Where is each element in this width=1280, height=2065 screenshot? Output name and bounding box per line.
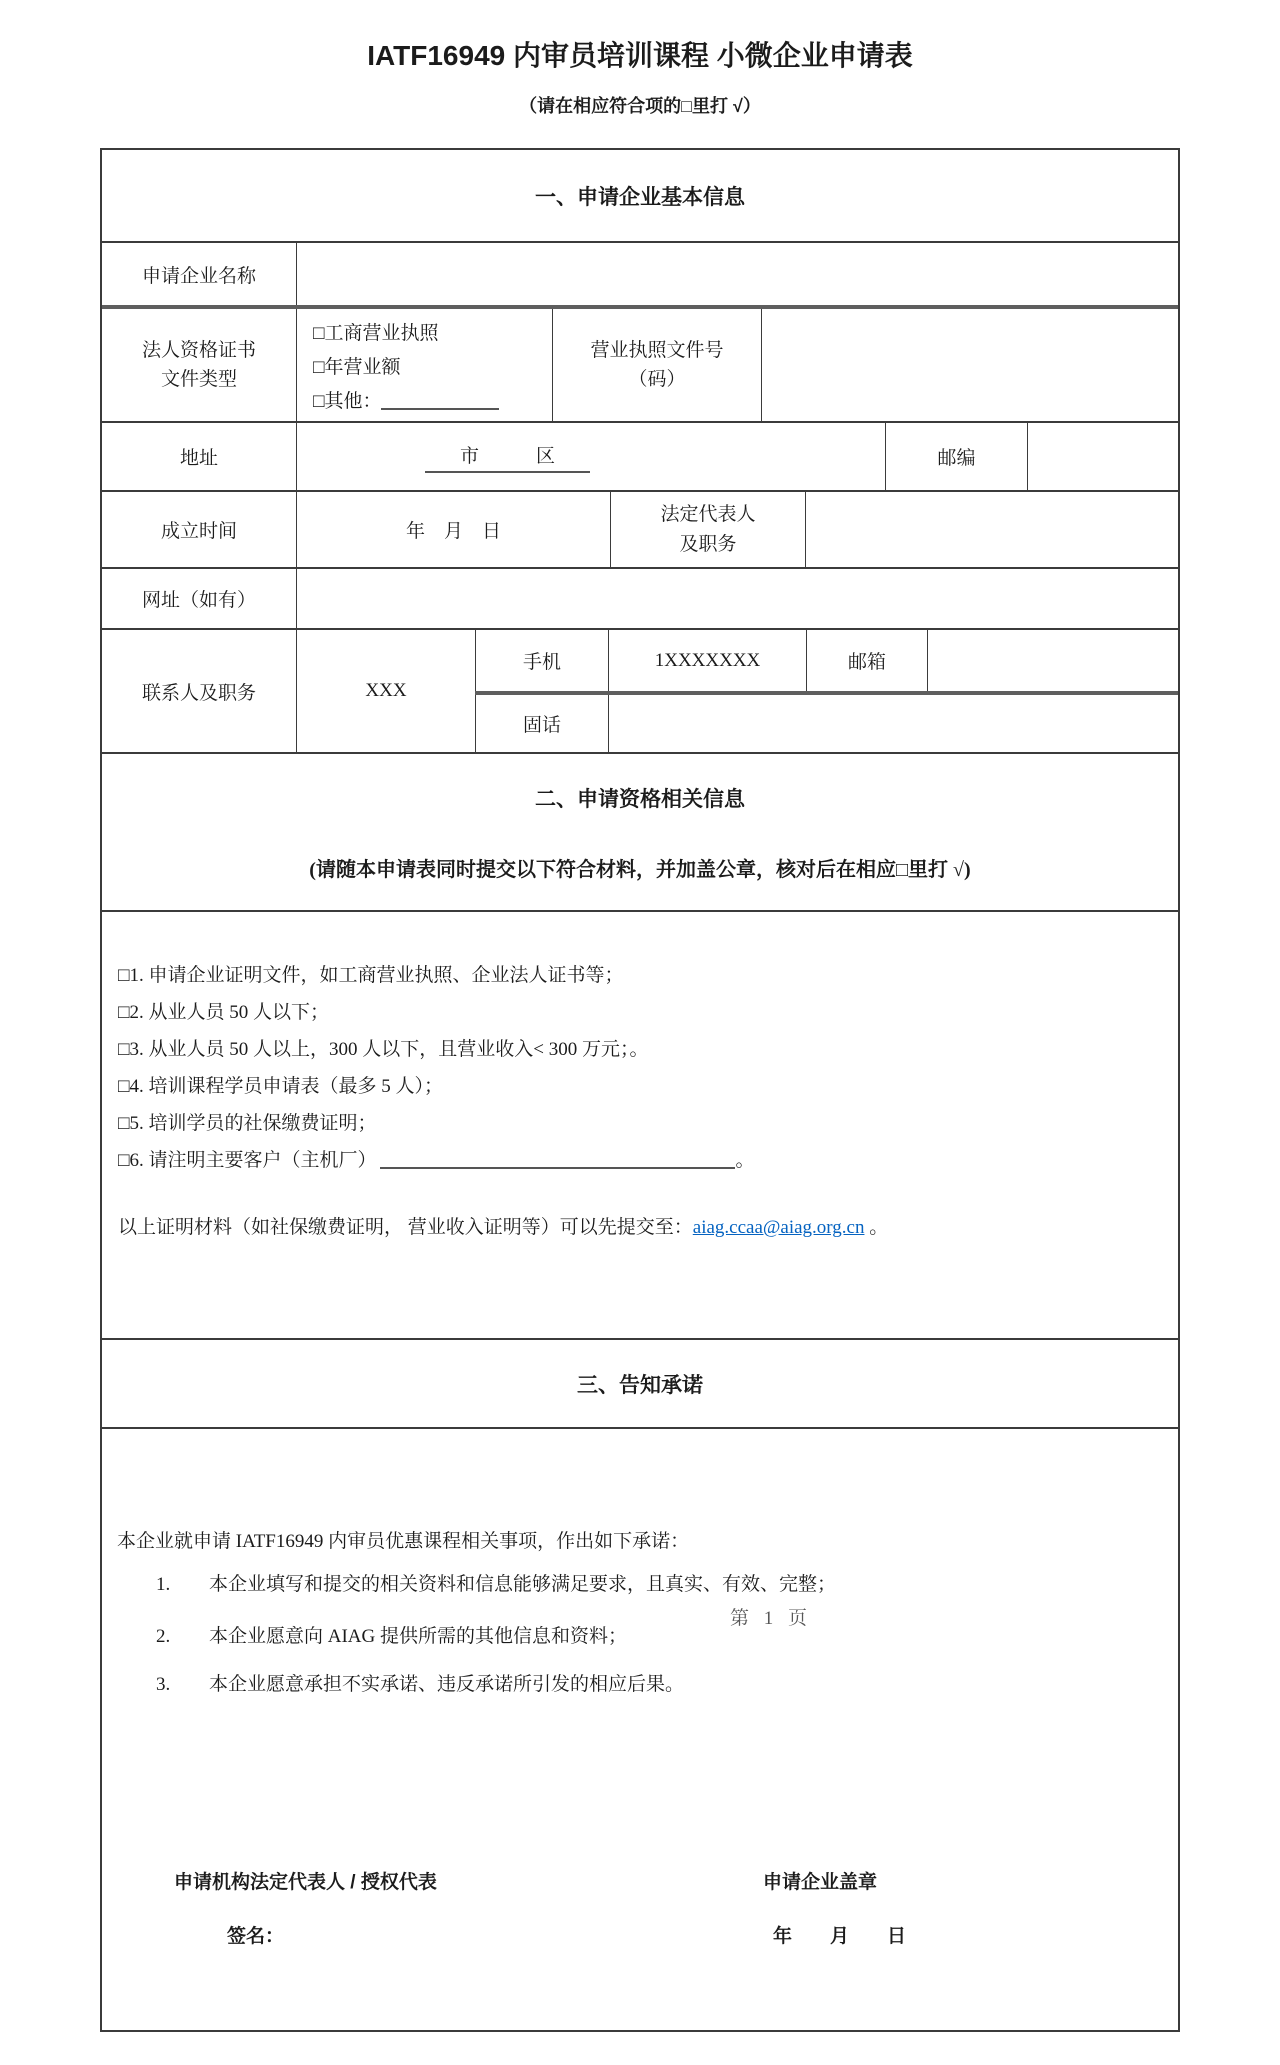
form-title: IATF16949 内审员培训课程 小微企业申请表 xyxy=(0,34,1280,74)
commitment-intro: 本企业就申请 IATF16949 内审员优惠课程相关事项，作出如下承诺： xyxy=(117,1526,689,1553)
legal-cert-row: 法人资格证书 文件类型 □工商营业执照 □年营业额 □其他： 营业执照文件号 （… xyxy=(102,309,1178,423)
company-seal-title: 申请企业盖章 xyxy=(763,1867,877,1894)
license-number-value-cell xyxy=(761,309,1178,421)
address-row: 地址 市 区 邮编 xyxy=(102,423,1178,492)
section1-header-row: 一、申请企业基本信息 xyxy=(102,150,1178,243)
form-table: 一、申请企业基本信息 申请企业名称 法人资格证书 文件类型 □工商营业执照 □年… xyxy=(100,148,1180,2032)
mailbox-value-cell xyxy=(927,630,1178,691)
mobile-label: 手机 xyxy=(475,630,608,691)
legal-cert-label: 法人资格证书 文件类型 xyxy=(102,309,296,421)
address-label: 地址 xyxy=(102,423,296,490)
seal-date-label: 年 月 日 xyxy=(773,1921,906,1948)
mailbox-label: 邮箱 xyxy=(806,630,927,691)
section2-header-row: 二、申请资格相关信息 (请随本申请表同时提交以下符合材料，并加盖公章，核对后在相… xyxy=(102,754,1178,912)
section2-heading-block: 二、申请资格相关信息 (请随本申请表同时提交以下符合材料，并加盖公章，核对后在相… xyxy=(102,754,1178,910)
cert-type-options: □工商营业执照 □年营业额 □其他： xyxy=(296,309,552,421)
postcode-label: 邮编 xyxy=(885,423,1027,490)
section3-header-row: 三、告知承诺 xyxy=(102,1340,1178,1429)
other-blank-line xyxy=(381,388,499,410)
section1-heading: 一、申请企业基本信息 xyxy=(102,150,1178,241)
address-city-district-blank: 市 区 xyxy=(425,441,590,473)
landline-value-cell xyxy=(608,695,1178,752)
address-value-cell: 市 区 xyxy=(296,423,885,490)
company-name-row: 申请企业名称 xyxy=(102,243,1178,309)
commitment-item-3: 3.本企业愿意承担不实承诺、违反承诺所引发的相应后果。 xyxy=(156,1669,684,1696)
email-link[interactable]: aiag.ccaa@aiag.org.cn xyxy=(693,1217,865,1238)
checklist-item-5: □5. 培训学员的社保缴费证明； xyxy=(118,1108,376,1135)
founding-date-label: 成立时间 xyxy=(102,492,296,567)
founding-date-row: 成立时间 年 月 日 法定代表人 及职务 xyxy=(102,492,1178,569)
mobile-value: 1XXXXXXX xyxy=(608,630,806,691)
submit-note: 以上证明材料（如社保缴费证明， 营业收入证明等）可以先提交至：aiag.ccaa… xyxy=(118,1212,888,1239)
website-label: 网址（如有） xyxy=(102,569,296,628)
contact-value: XXX xyxy=(296,630,475,752)
section3-heading: 三、告知承诺 xyxy=(102,1340,1178,1427)
cert-option-business-license: □工商营业执照 xyxy=(313,318,438,345)
legal-cert-label-line1: 法人资格证书 xyxy=(142,336,256,365)
section2-heading: 二、申请资格相关信息 xyxy=(535,783,745,813)
founding-date-value: 年 月 日 xyxy=(296,492,610,567)
legal-rep-label-line1: 法定代表人 xyxy=(660,500,755,529)
legal-rep-value-cell xyxy=(805,492,1178,567)
license-number-label-line1: 营业执照文件号 xyxy=(590,336,723,365)
checklist-item-3: □3. 从业人员 50 人以上，300 人以下，且营业收入< 300 万元；。 xyxy=(118,1034,648,1061)
commitment-item-2: 2.本企业愿意向 AIAG 提供所需的其他信息和资料； xyxy=(156,1621,627,1648)
main-customer-blank-line xyxy=(380,1147,735,1169)
submit-note-text: 以上证明材料（如社保缴费证明， 营业收入证明等）可以先提交至： xyxy=(118,1217,693,1238)
checklist-item-4: □4. 培训课程学员申请表（最多 5 人）； xyxy=(118,1071,443,1098)
commitment-row: 本企业就申请 IATF16949 内审员优惠课程相关事项，作出如下承诺： 1.本… xyxy=(102,1429,1178,2030)
signature-label: 签名： xyxy=(227,1921,284,1948)
contact-row: 联系人及职务 XXX 手机 1XXXXXXX 邮箱 固话 xyxy=(102,630,1178,754)
company-name-label: 申请企业名称 xyxy=(102,243,296,305)
postcode-value-cell xyxy=(1027,423,1178,490)
legal-cert-label-line2: 文件类型 xyxy=(161,365,237,394)
checklist-item-1: □1. 申请企业证明文件，如工商营业执照、企业法人证书等； xyxy=(118,960,623,987)
form-subtitle: （请在相应符合项的□里打 √） xyxy=(0,92,1280,118)
commitment-item-1: 1.本企业填写和提交的相关资料和信息能够满足要求，且真实、有效、完整； xyxy=(156,1569,836,1596)
license-number-label: 营业执照文件号 （码） xyxy=(552,309,761,421)
legal-rep-label-line2: 及职务 xyxy=(679,530,736,559)
signature-left-title: 申请机构法定代表人 / 授权代表 xyxy=(174,1867,437,1894)
page-number-artifact: 第 1 页 xyxy=(730,1603,812,1630)
landline-label: 固话 xyxy=(475,695,608,752)
section2-subheading: (请随本申请表同时提交以下符合材料，并加盖公章，核对后在相应□里打 √) xyxy=(309,853,970,882)
cert-option-annual-turnover: □年营业额 xyxy=(313,352,400,379)
checklist-item-6: □6. 请注明主要客户（主机厂）。 xyxy=(118,1145,755,1172)
license-number-label-line2: （码） xyxy=(628,365,685,394)
contact-label: 联系人及职务 xyxy=(102,630,296,752)
cert-option-other: □其他： xyxy=(313,386,499,413)
website-row: 网址（如有） xyxy=(102,569,1178,630)
company-name-value-cell xyxy=(296,243,1178,305)
legal-rep-label: 法定代表人 及职务 xyxy=(610,492,805,567)
website-value-cell xyxy=(296,569,1178,628)
checklist-item-2: □2. 从业人员 50 人以下； xyxy=(118,997,329,1024)
application-form-page: IATF16949 内审员培训课程 小微企业申请表 （请在相应符合项的□里打 √… xyxy=(0,0,1280,2065)
checklist-row: □1. 申请企业证明文件，如工商营业执照、企业法人证书等； □2. 从业人员 5… xyxy=(102,912,1178,1340)
